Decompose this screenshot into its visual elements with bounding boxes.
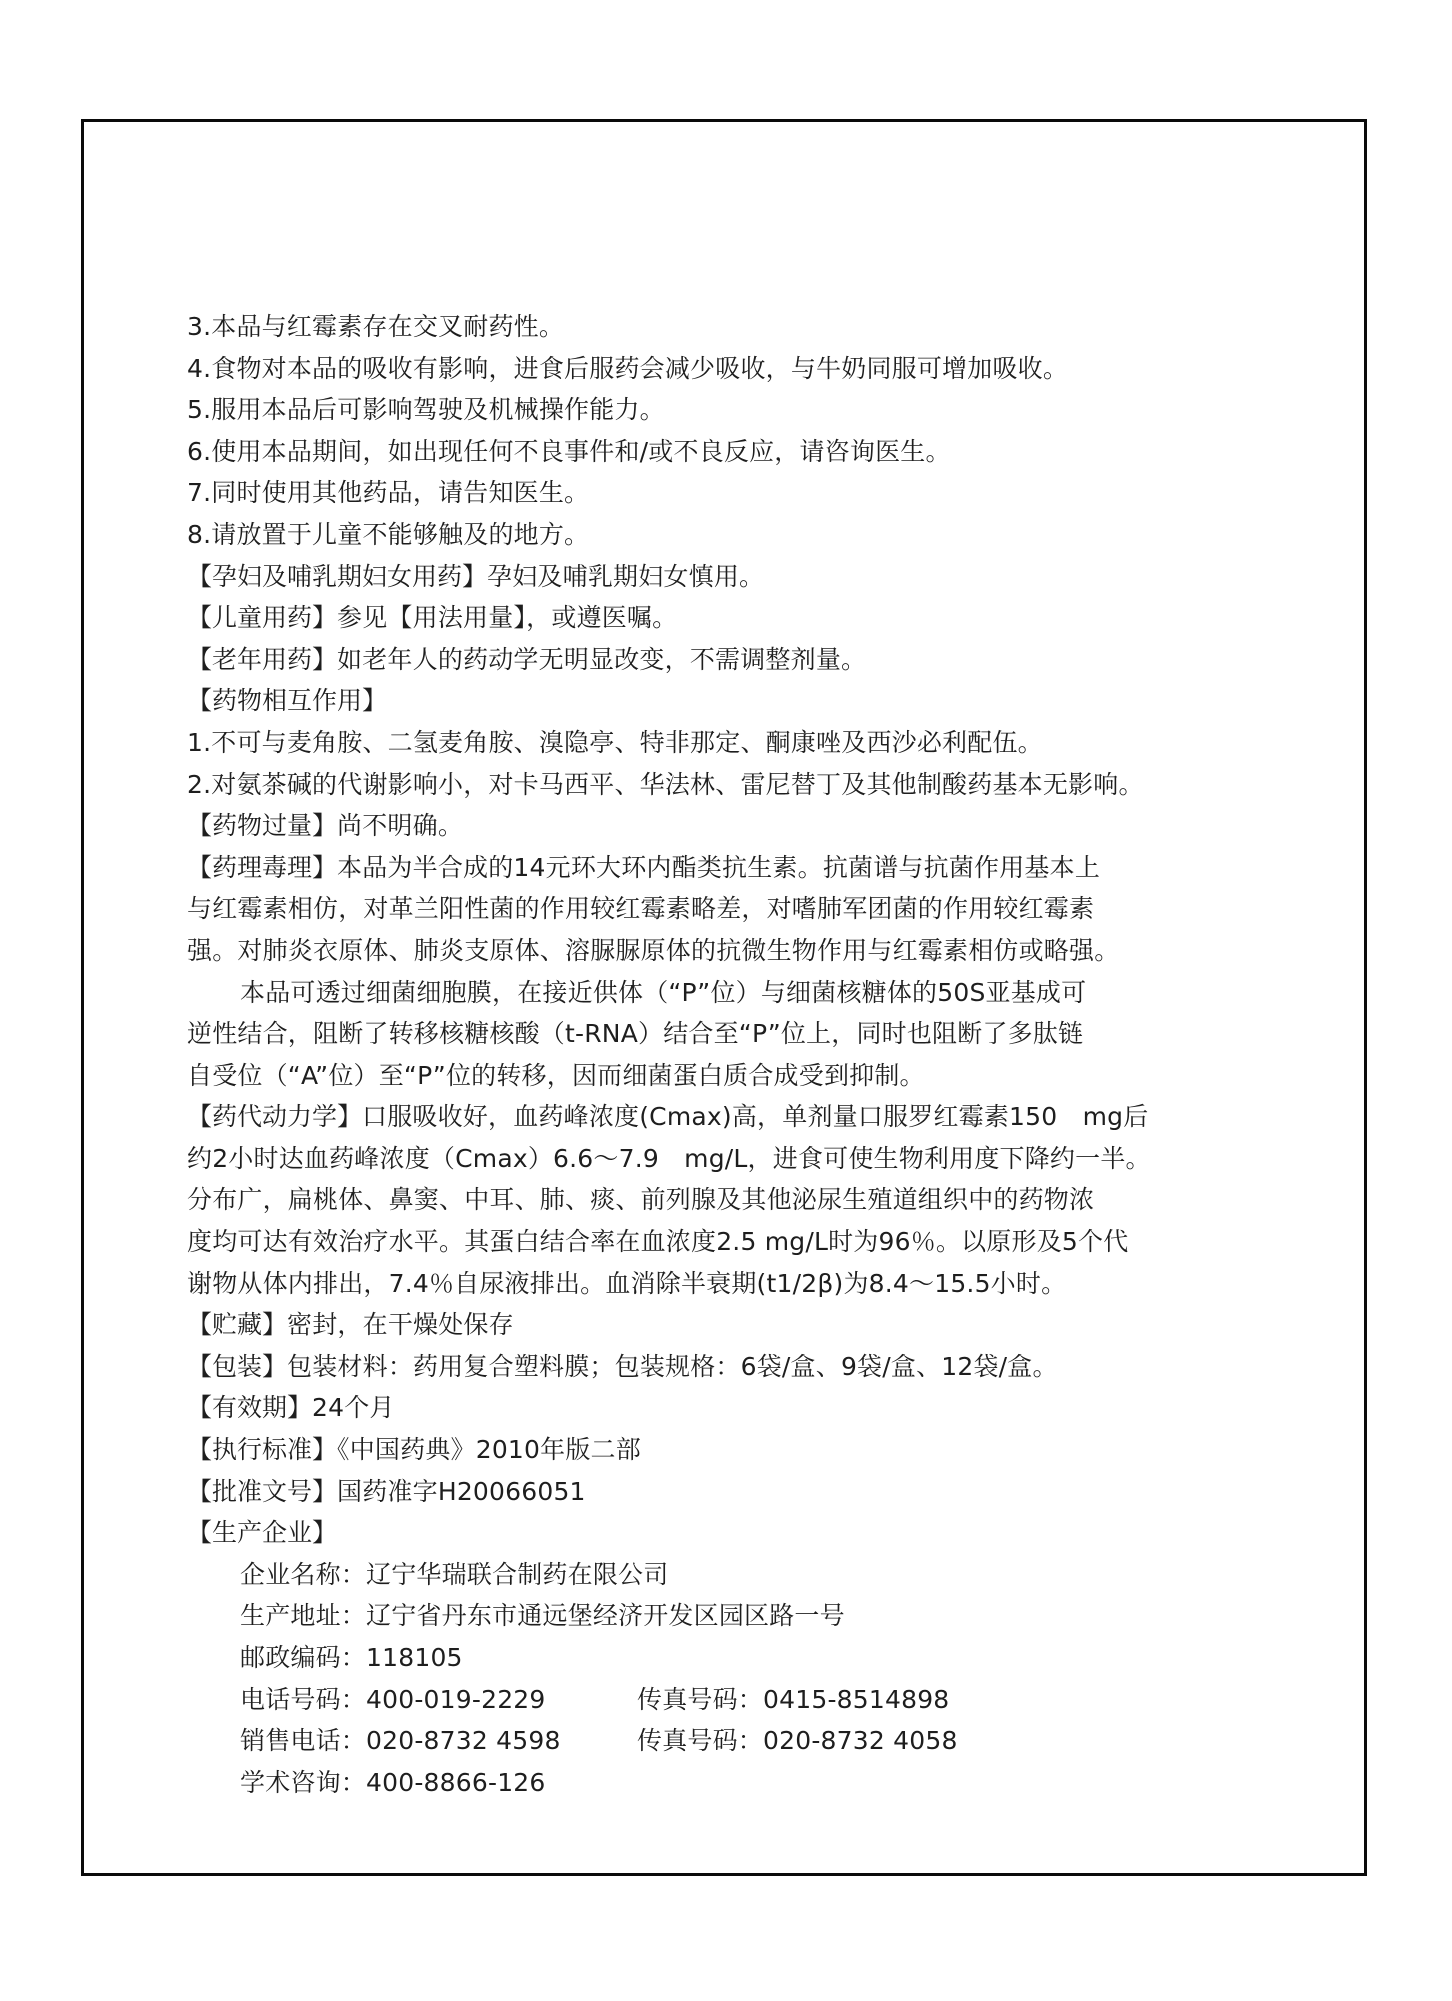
standard-section: 【执行标准】《中国药典》2010年版二部 bbox=[187, 1429, 1257, 1471]
manufacturer-name: 辽宁华瑞联合制药在限公司 bbox=[366, 1554, 668, 1596]
pregnancy-text: 孕妇及哺乳期妇女慎用。 bbox=[487, 562, 764, 591]
manufacturer-name-label: 企业名称： bbox=[240, 1554, 366, 1596]
fax-2-label: 传真号码： bbox=[637, 1726, 763, 1755]
approval-section: 【批准文号】国药准字H20066051 bbox=[187, 1471, 1257, 1513]
fax-2: 传真号码：020-8732 4058 bbox=[637, 1720, 958, 1762]
geriatric-heading: 【老年用药】 bbox=[187, 645, 337, 674]
pharmacokinetics-section: 【药代动力学】口服吸收好，血药峰浓度(Cmax)高，单剂量口服罗红霉素150 m… bbox=[187, 1096, 1257, 1138]
packaging-heading: 【包装】 bbox=[187, 1352, 287, 1381]
shelf-life-text: 24个月 bbox=[312, 1393, 395, 1422]
pharmacology-line: 与红霉素相仿，对革兰阳性菌的作用较红霉素略差，对嗜肺军团菌的作用较红霉素 bbox=[187, 888, 1257, 930]
pharmacokinetics-line: 谢物从体内排出，7.4％自尿液排出。血消除半衰期(t1/2β)为8.4～15.5… bbox=[187, 1263, 1257, 1305]
academic-value: 400-8866-126 bbox=[366, 1762, 546, 1804]
shelf-life-heading: 【有效期】 bbox=[187, 1393, 312, 1422]
storage-text: 密封，在干燥处保存 bbox=[287, 1310, 514, 1339]
precaution-item-4: 4.食物对本品的吸收有影响，进食后服药会减少吸收，与牛奶同服可增加吸收。 bbox=[187, 348, 1257, 390]
pregnancy-heading: 【孕妇及哺乳期妇女用药】 bbox=[187, 562, 487, 591]
geriatric-text: 如老年人的药动学无明显改变，不需调整剂量。 bbox=[337, 645, 866, 674]
overdose-section: 【药物过量】尚不明确。 bbox=[187, 805, 1257, 847]
fax-1-value: 0415-8514898 bbox=[763, 1685, 949, 1714]
precaution-item-8: 8.请放置于儿童不能够触及的地方。 bbox=[187, 514, 1257, 556]
storage-section: 【贮藏】密封，在干燥处保存 bbox=[187, 1304, 1257, 1346]
pharmacology-section: 【药理毒理】本品为半合成的14元环大环内酯类抗生素。抗菌谱与抗菌作用基本上 bbox=[187, 847, 1257, 889]
manufacturer-address: 辽宁省丹东市通远堡经济开发区园区路一号 bbox=[366, 1595, 845, 1637]
interaction-item-1: 1.不可与麦角胺、二氢麦角胺、溴隐亭、特非那定、酮康唑及西沙必利配伍。 bbox=[187, 722, 1257, 764]
pharmacokinetics-line: 分布广，扁桃体、鼻窦、中耳、肺、痰、前列腺及其他泌尿生殖道组织中的药物浓 bbox=[187, 1179, 1257, 1221]
packaging-text: 包装材料：药用复合塑料膜；包装规格：6袋/盒、9袋/盒、12袋/盒。 bbox=[287, 1352, 1058, 1381]
pharmacokinetics-heading: 【药代动力学】 bbox=[187, 1102, 362, 1131]
storage-heading: 【贮藏】 bbox=[187, 1310, 287, 1339]
academic-label: 学术咨询： bbox=[240, 1762, 366, 1804]
packaging-section: 【包装】包装材料：药用复合塑料膜；包装规格：6袋/盒、9袋/盒、12袋/盒。 bbox=[187, 1346, 1257, 1388]
phone-label: 电话号码： bbox=[240, 1679, 366, 1721]
pharmacology-line: 强。对肺炎衣原体、肺炎支原体、溶脲脲原体的抗微生物作用与红霉素相仿或略强。 bbox=[187, 930, 1257, 972]
manufacturer-address-row: 生产地址：辽宁省丹东市通远堡经济开发区园区路一号 bbox=[187, 1595, 1257, 1637]
fax-1: 传真号码：0415-8514898 bbox=[637, 1679, 949, 1721]
precaution-item-7: 7.同时使用其他药品，请告知医生。 bbox=[187, 472, 1257, 514]
overdose-heading: 【药物过量】 bbox=[187, 811, 337, 840]
fax-2-value: 020-8732 4058 bbox=[763, 1726, 958, 1755]
geriatric-section: 【老年用药】如老年人的药动学无明显改变，不需调整剂量。 bbox=[187, 639, 1257, 681]
precaution-item-5: 5.服用本品后可影响驾驶及机械操作能力。 bbox=[187, 389, 1257, 431]
precaution-item-6: 6.使用本品期间，如出现任何不良事件和/或不良反应，请咨询医生。 bbox=[187, 431, 1257, 473]
pediatric-section: 【儿童用药】参见【用法用量】，或遵医嘱。 bbox=[187, 597, 1257, 639]
pharmacokinetics-line: 约2小时达血药峰浓度（Cmax）6.6～7.9 mg/L，进食可使生物利用度下降… bbox=[187, 1138, 1257, 1180]
phone-row: 电话号码：400-019-2229 传真号码：0415-8514898 bbox=[187, 1679, 1257, 1721]
sales-label: 销售电话： bbox=[240, 1720, 366, 1762]
pediatric-text: 参见【用法用量】，或遵医嘱。 bbox=[337, 603, 677, 632]
fax-1-label: 传真号码： bbox=[637, 1685, 763, 1714]
interaction-item-2: 2.对氨茶碱的代谢影响小，对卡马西平、华法林、雷尼替丁及其他制酸药基本无影响。 bbox=[187, 764, 1257, 806]
sales-row: 销售电话：020-8732 4598 传真号码：020-8732 4058 bbox=[187, 1720, 1257, 1762]
manufacturer-heading: 【生产企业】 bbox=[187, 1512, 1257, 1554]
pharmacology-line: 本品可透过细菌细胞膜，在接近供体（“P”位）与细菌核糖体的50S亚基成可 bbox=[187, 972, 1257, 1014]
precaution-item-3: 3.本品与红霉素存在交叉耐药性。 bbox=[187, 306, 1257, 348]
pharmacokinetics-line: 度均可达有效治疗水平。其蛋白结合率在血浓度2.5 mg/L时为96％。以原形及5… bbox=[187, 1221, 1257, 1263]
postcode-row: 邮政编码：118105 bbox=[187, 1637, 1257, 1679]
postcode-label: 邮政编码： bbox=[240, 1637, 366, 1679]
pharmacokinetics-line: 口服吸收好，血药峰浓度(Cmax)高，单剂量口服罗红霉素150 mg后 bbox=[362, 1102, 1148, 1131]
approval-text: 国药准字H20066051 bbox=[337, 1477, 586, 1506]
interactions-heading: 【药物相互作用】 bbox=[187, 680, 1257, 722]
pharmacology-heading: 【药理毒理】 bbox=[187, 853, 337, 882]
overdose-text: 尚不明确。 bbox=[337, 811, 463, 840]
pharmacology-line: 逆性结合，阻断了转移核糖核酸（t-RNA）结合至“P”位上，同时也阻断了多肽链 bbox=[187, 1013, 1257, 1055]
standard-heading: 【执行标准】 bbox=[187, 1435, 337, 1464]
standard-text: 《中国药典》2010年版二部 bbox=[337, 1435, 641, 1464]
sales-value: 020-8732 4598 bbox=[366, 1720, 561, 1762]
approval-heading: 【批准文号】 bbox=[187, 1477, 337, 1506]
postcode-value: 118105 bbox=[366, 1637, 463, 1679]
pharmacology-line: 自受位（“A”位）至“P”位的转移，因而细菌蛋白质合成受到抑制。 bbox=[187, 1055, 1257, 1097]
drug-leaflet-body: 3.本品与红霉素存在交叉耐药性。 4.食物对本品的吸收有影响，进食后服药会减少吸… bbox=[187, 306, 1257, 1803]
pharmacology-line: 本品为半合成的14元环大环内酯类抗生素。抗菌谱与抗菌作用基本上 bbox=[337, 853, 1100, 882]
pediatric-heading: 【儿童用药】 bbox=[187, 603, 337, 632]
phone-value: 400-019-2229 bbox=[366, 1679, 546, 1721]
pregnancy-section: 【孕妇及哺乳期妇女用药】孕妇及哺乳期妇女慎用。 bbox=[187, 556, 1257, 598]
manufacturer-address-label: 生产地址： bbox=[240, 1595, 366, 1637]
manufacturer-name-row: 企业名称：辽宁华瑞联合制药在限公司 bbox=[187, 1554, 1257, 1596]
academic-row: 学术咨询：400-8866-126 bbox=[187, 1762, 1257, 1804]
shelf-life-section: 【有效期】24个月 bbox=[187, 1387, 1257, 1429]
